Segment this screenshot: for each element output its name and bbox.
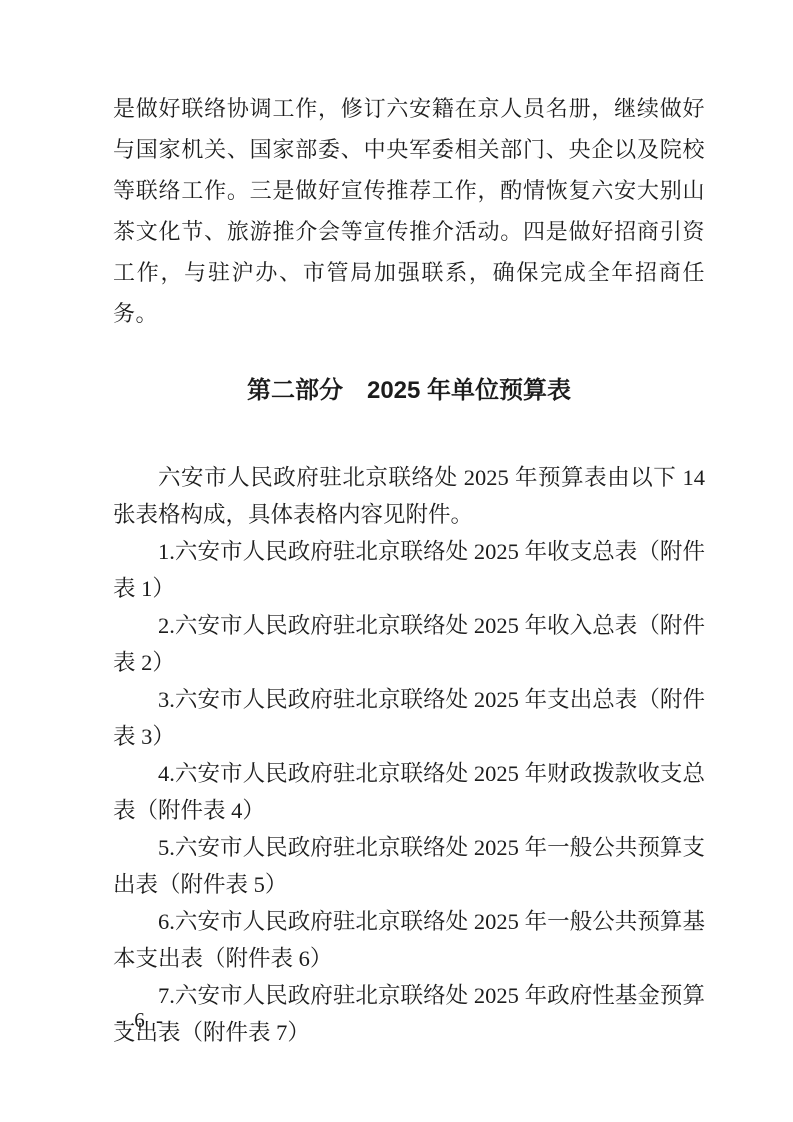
table-list-item-6: 6.六安市人民政府驻北京联络处 2025 年一般公共预算基本支出表（附件表 6）: [113, 903, 705, 977]
section-heading: 第二部分 2025 年单位预算表: [113, 370, 705, 412]
body-paragraph-continuation: 是做好联络协调工作，修订六安籍在京人员名册，继续做好与国家机关、国家部委、中央军…: [113, 88, 705, 334]
table-list-item-1: 1.六安市人民政府驻北京联络处 2025 年收支总表（附件表 1）: [113, 533, 705, 607]
page-number: - 6 -: [116, 1008, 166, 1033]
table-list-item-3: 3.六安市人民政府驻北京联络处 2025 年支出总表（附件表 3）: [113, 681, 705, 755]
document-content: 是做好联络协调工作，修订六安籍在京人员名册，继续做好与国家机关、国家部委、中央军…: [113, 88, 705, 1051]
table-list-item-7: 7.六安市人民政府驻北京联络处 2025 年政府性基金预算支出表（附件表 7）: [113, 977, 705, 1051]
table-list-item-5: 5.六安市人民政府驻北京联络处 2025 年一般公共预算支出表（附件表 5）: [113, 829, 705, 903]
intro-paragraph: 六安市人民政府驻北京联络处 2025 年预算表由以下 14 张表格构成，具体表格…: [113, 459, 705, 533]
document-page: 是做好联络协调工作，修订六安籍在京人员名册，继续做好与国家机关、国家部委、中央军…: [0, 0, 793, 1122]
table-list-item-4: 4.六安市人民政府驻北京联络处 2025 年财政拨款收支总表（附件表 4）: [113, 755, 705, 829]
table-list-item-2: 2.六安市人民政府驻北京联络处 2025 年收入总表（附件表 2）: [113, 607, 705, 681]
